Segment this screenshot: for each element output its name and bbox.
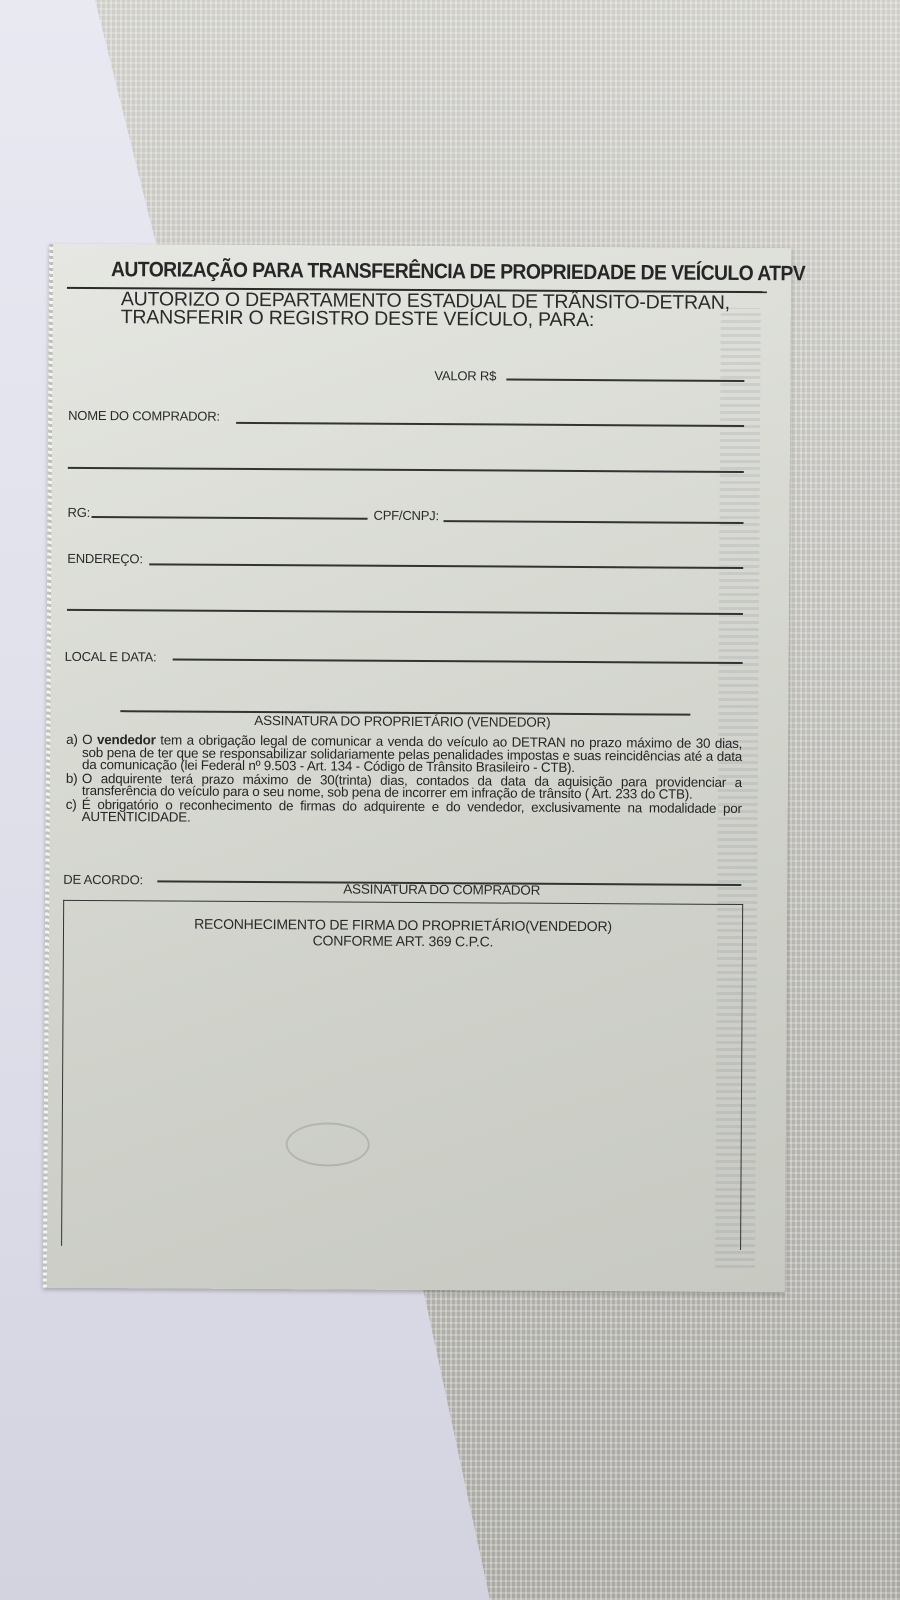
local-data-field[interactable] — [173, 659, 743, 664]
endereco-field[interactable] — [149, 563, 743, 568]
note-a: a) O vendedor tem a obrigação legal de c… — [66, 734, 742, 776]
note-c: c) É obrigatório o reconhecimento de fir… — [66, 798, 742, 827]
rg-label: RG: — [68, 505, 91, 520]
cpf-cnpj-field[interactable] — [444, 520, 744, 523]
local-data-label: LOCAL E DATA: — [65, 649, 157, 665]
faded-notary-stamp — [242, 1122, 413, 1223]
cpf-cnpj-label: CPF/CNPJ: — [373, 508, 438, 523]
nome-comprador-label: NOME DO COMPRADOR: — [68, 408, 220, 424]
buyer-signature-caption: ASSINATURA DO COMPRADOR — [343, 882, 540, 898]
valor-field[interactable] — [506, 379, 744, 382]
authorization-intro: AUTORIZO O DEPARTAMENTO ESTADUAL DE TRÂN… — [121, 290, 730, 330]
nome-comprador-field[interactable] — [236, 422, 744, 427]
notary-box-title: RECONHECIMENTO DE FIRMA DO PROPRIETÁRIO(… — [64, 915, 742, 951]
rg-field[interactable] — [92, 516, 368, 519]
endereco-label: ENDEREÇO: — [67, 551, 143, 566]
atpv-document: AUTORIZAÇÃO PARA TRANSFERÊNCIA DE PROPRI… — [43, 244, 791, 1293]
notary-recognition-box: RECONHECIMENTO DE FIRMA DO PROPRIETÁRIO(… — [61, 900, 743, 1250]
legal-notes: a) O vendedor tem a obrigação legal de c… — [66, 734, 743, 829]
seller-signature-caption: ASSINATURA DO PROPRIETÁRIO (VENDEDOR) — [254, 713, 550, 730]
nome-comprador-field-line2[interactable] — [68, 467, 744, 473]
endereco-field-line2[interactable] — [67, 609, 743, 615]
document-title: AUTORIZAÇÃO PARA TRANSFERÊNCIA DE PROPRI… — [111, 258, 709, 286]
valor-label: VALOR R$ — [434, 368, 496, 383]
agreement-label: DE ACORDO: — [63, 872, 143, 887]
